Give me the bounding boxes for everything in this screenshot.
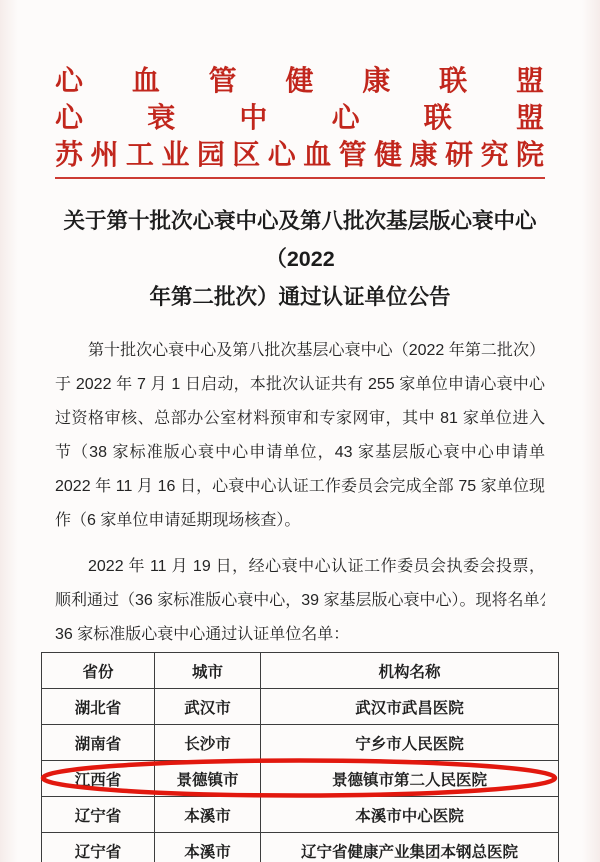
table-row: 湖南省长沙市宁乡市人民医院 [42,725,559,761]
table-cell: 景德镇市第二人民医院 [261,761,559,797]
table-cell: 长沙市 [155,725,261,761]
table-cell: 湖南省 [42,725,155,761]
table-cell: 湖北省 [42,689,155,725]
letterhead-line-2: 心衰中心联盟 [55,99,545,136]
letterhead: 心血管健康联盟 心衰中心联盟 苏州工业园区心血管健康研究院 [55,0,545,173]
table-cell: 本溪市 [155,833,261,862]
table-header-row: 省份城市机构名称 [42,653,559,689]
table-cell: 武汉市 [155,689,261,725]
table-row: 湖北省武汉市武汉市武昌医院 [42,689,559,725]
body-line: 顺利通过（36 家标准版心衰中心，39 家基层版心衰中心）。现将名单公布如下： [55,584,545,618]
title-line-1: 关于第十批次心衰中心及第八批次基层版心衰中心（2022 [63,209,536,271]
body-line: 2022 年 11 月 16 日，心衰中心认证工作委员会完成全部 75 家单位现… [55,470,545,504]
body-line: 节（38 家标准版心衰中心申请单位，43 家基层版心衰中心申请单位）。截止至 [55,436,545,470]
column-header: 省份 [42,653,155,689]
document-body: 第十批次心衰中心及第八批次基层心衰中心（2022 年第二批次）认证工作于 202… [55,334,545,652]
body-line: 于 2022 年 7 月 1 日启动，本批次认证共有 255 家单位申请心衰中心… [55,368,545,402]
table-body: 湖北省武汉市武汉市武昌医院湖南省长沙市宁乡市人民医院江西省景德镇市景德镇市第二人… [42,689,559,862]
document-title: 关于第十批次心衰中心及第八批次基层版心衰中心（2022 年第二批次）通过认证单位… [55,202,545,316]
title-line-2: 年第二批次）通过认证单位公告 [149,285,450,309]
table-cell: 宁乡市人民医院 [261,725,559,761]
table-row: 江西省景德镇市景德镇市第二人民医院 [42,761,559,797]
column-header: 机构名称 [261,653,559,689]
table-cell: 辽宁省健康产业集团本钢总医院 [261,833,559,862]
body-line: 过资格审核、总部办公室材料预审和专家网审，其中 81 家单位进入现场核查环 [55,402,545,436]
table-cell: 本溪市中心医院 [261,797,559,833]
letterhead-divider [55,177,545,179]
table-row: 辽宁省本溪市辽宁省健康产业集团本钢总医院 [42,833,559,862]
table-cell: 本溪市 [155,797,261,833]
body-line: 第十批次心衰中心及第八批次基层心衰中心（2022 年第二批次）认证工作 [55,334,545,368]
certified-units-table: 省份城市机构名称 湖北省武汉市武汉市武昌医院湖南省长沙市宁乡市人民医院江西省景德… [41,652,559,862]
table-cell: 景德镇市 [155,761,261,797]
body-line: 36 家标准版心衰中心通过认证单位名单： [55,618,545,652]
letterhead-line-1: 心血管健康联盟 [55,62,545,99]
table-cell: 辽宁省 [42,833,155,862]
table-cell: 江西省 [42,761,155,797]
table-row-highlighted: 辽宁省本溪市本溪市中心医院 [42,797,559,833]
table-cell: 辽宁省 [42,797,155,833]
table-cell: 武汉市武昌医院 [261,689,559,725]
document-page: 心血管健康联盟 心衰中心联盟 苏州工业园区心血管健康研究院 关于第十批次心衰中心… [0,0,600,862]
body-line: 2022 年 11 月 19 日，经心衰中心认证工作委员会执委会投票，75 家单… [55,550,545,584]
body-line: 作（6 家单位申请延期现场核查）。 [55,504,545,538]
letterhead-line-3: 苏州工业园区心血管健康研究院 [55,136,545,173]
column-header: 城市 [155,653,261,689]
